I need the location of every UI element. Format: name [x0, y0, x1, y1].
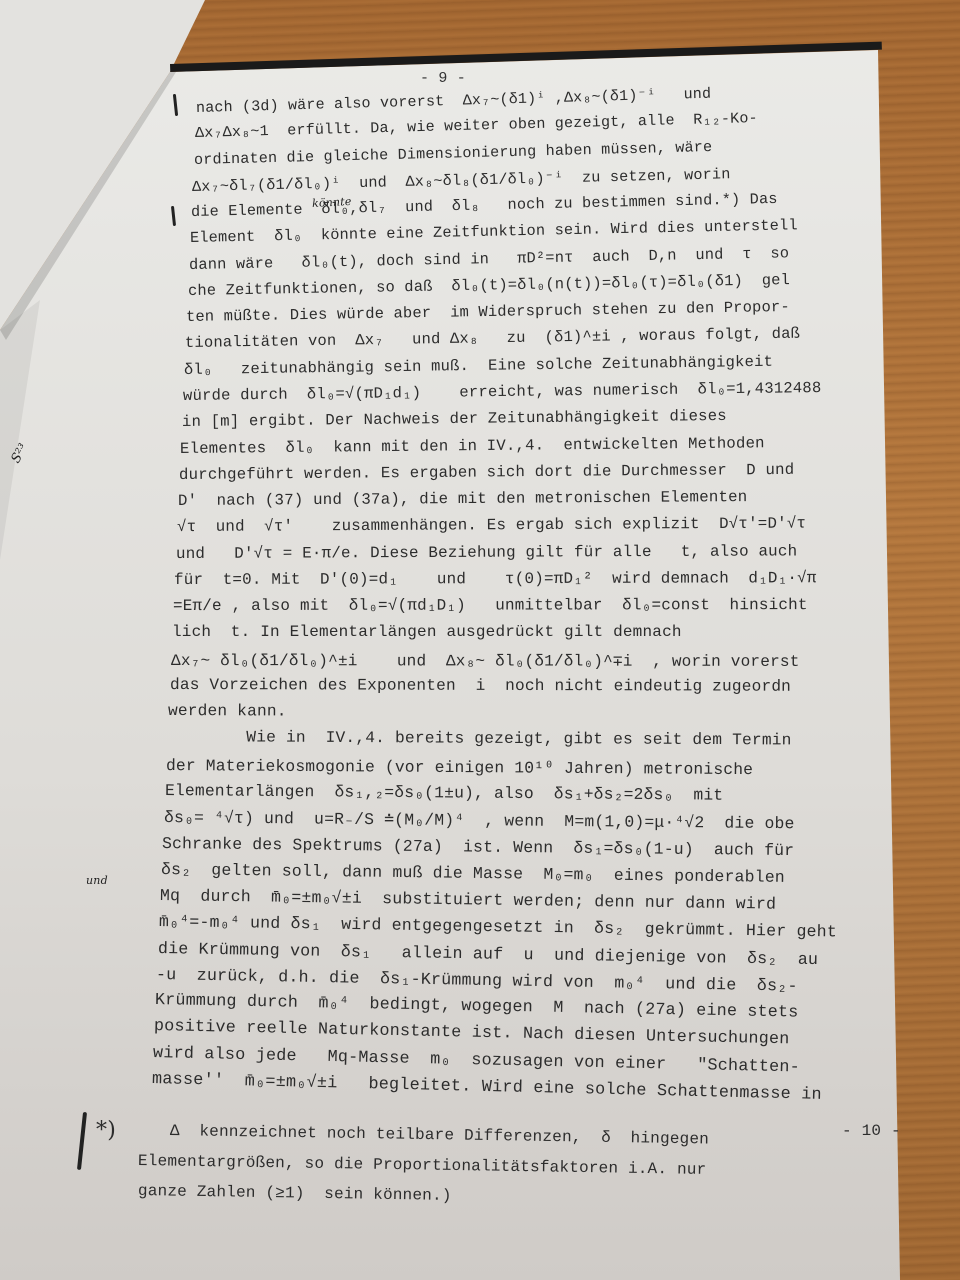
- text-line: Element δl₀ könnte eine Zeitfunktion sei…: [190, 217, 798, 248]
- text-line: √τ und √τ' zusammenhängen. Es ergab sich…: [177, 515, 806, 537]
- footnote-line: Δ kennzeichnet noch teilbare Differenzen…: [170, 1122, 709, 1148]
- margin-bar-mark: [173, 94, 178, 116]
- text-line: positive reelle Naturkonstante ist. Nach…: [154, 1017, 790, 1049]
- footnote-line: ganze Zahlen (≥1) sein können.): [138, 1182, 452, 1205]
- text-line: Mq durch m̄₀=±m₀√±i substituiert werden;…: [160, 886, 776, 914]
- text-line: δl₀ zeitunabhängig sein muß. Eine solche…: [184, 352, 773, 378]
- text-line: Elementarlängen δs₁,₂=δs₀(1±u), also δs₁…: [165, 781, 723, 805]
- text-line: δs₀= ⁴√τ) und u=R₋/S ≐(M₀/M)⁴ , wenn M=m…: [163, 807, 794, 833]
- text-line: werden kann.: [168, 702, 287, 720]
- text-line: ten müßte. Dies würde aber im Widerspruc…: [186, 298, 790, 326]
- next-page-marker: - 10 -: [842, 1122, 901, 1140]
- footnote-line: Elementargrößen, so die Proportionalität…: [138, 1152, 707, 1179]
- text-line: D' nach (37) und (37a), die mit den metr…: [178, 488, 748, 510]
- text-line: die Krümmung von δs₁ allein auf u und di…: [157, 939, 817, 969]
- text-line: lich t. In Elementarlängen ausgedrückt g…: [172, 623, 682, 641]
- text-line: -u zurück, d.h. die δs₁-Krümmung wird vo…: [156, 965, 798, 996]
- text-line: die Elemente δl₀,δl₇ und δl₈ noch zu bes…: [191, 190, 778, 221]
- footnote-marker: *): [96, 1118, 116, 1143]
- text-line: ordinaten die gleiche Dimensionierung ha…: [193, 138, 712, 169]
- text-line: und D'√τ = E·π/e. Diese Beziehung gilt f…: [176, 542, 797, 563]
- text-line: in [m] ergibt. Der Nachweis der Zeitunab…: [181, 407, 726, 431]
- document-body: - 9 - nach (3d) wäre also vorerst Δx₇~(δ…: [0, 0, 960, 1280]
- text-line: Schranke des Spektrums (27a) ist. Wenn δ…: [162, 834, 794, 860]
- text-line: Δx₇~δl₇(δ1/δl₀)ⁱ und Δx₈~δl₈(δ1/δl₀)⁻ⁱ z…: [192, 164, 731, 196]
- text-line: für t=0. Mit D'(0)=d₁ und τ(0)=πD₁² wird…: [174, 569, 817, 589]
- text-line: würde durch δl₀=√(πD₁d₁) erreicht, was n…: [183, 379, 822, 405]
- text-line: durchgeführt werden. Es ergaben sich dor…: [179, 461, 794, 484]
- footnote-margin-bar: [77, 1112, 87, 1170]
- text-line: Krümmung durch m̄₀⁴ bedingt, wogegen M n…: [155, 991, 799, 1023]
- text-line: Δx₇~ δl₀(δ1/δl₀)^±i und Δx₈~ δl₀(δ1/δl₀)…: [171, 650, 800, 671]
- page-number: - 9 -: [420, 70, 466, 87]
- handwritten-left-marks: S²³: [8, 441, 31, 466]
- text-line: δs₂ gelten soll, dann muß die Masse M₀=m…: [161, 860, 785, 887]
- text-line: =Eπ/e , also mit δl₀=√(πd₁D₁) unmittelba…: [173, 596, 808, 615]
- handwritten-insert: könnte: [312, 195, 352, 210]
- margin-bar-mark: [171, 206, 176, 226]
- text-line: tionalitäten von Δx₇ und Δx₈ zu (δ1)^±i …: [185, 325, 800, 352]
- text-line: dann wäre δl₀(t), doch sind in πD²=nτ au…: [189, 244, 790, 274]
- text-line: che Zeitfunktionen, so daß δl₀(t)=δl₀(n(…: [187, 271, 789, 300]
- text-line: der Materiekosmogonie (vor einigen 10¹⁰ …: [166, 755, 753, 779]
- text-line: Elementes δl₀ kann mit den in IV.,4. ent…: [180, 434, 765, 458]
- handwritten-margin-word: und: [86, 874, 108, 887]
- text-line: das Vorzeichen des Exponenten i noch nic…: [170, 676, 791, 696]
- text-line: Wie in IV.,4. bereits gezeigt, gibt es s…: [167, 728, 792, 749]
- text-line: m̄₀⁴=-m₀⁴ und δs₁ wird entgegengesetzt i…: [159, 912, 837, 941]
